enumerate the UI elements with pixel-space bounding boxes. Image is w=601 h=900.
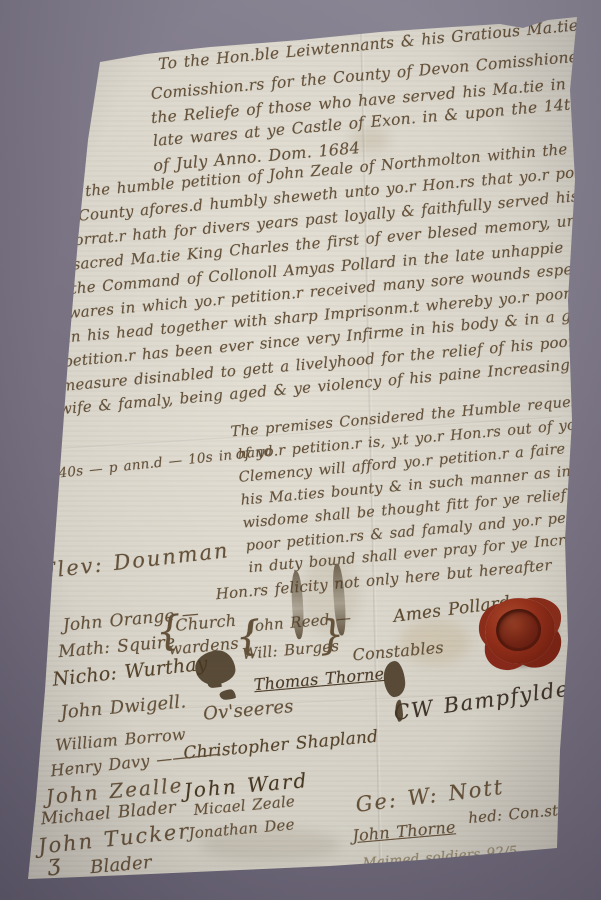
photograph: To the Hon.ble Leiwtennants & his Gratio… bbox=[0, 0, 601, 900]
signature-mark-blader: ʒ bbox=[47, 851, 62, 877]
signature-blader: Blader bbox=[89, 852, 152, 878]
archival-annotations: Maimed soldiers 92/5 bbox=[80, 0, 601, 882]
manuscript-text: To the Hon.ble Leiwtennants & his Gratio… bbox=[80, 0, 601, 882]
archive-pencil-note: Maimed soldiers 92/5 bbox=[362, 843, 518, 871]
manuscript-sheet: To the Hon.ble Leiwtennants & his Gratio… bbox=[0, 0, 601, 900]
